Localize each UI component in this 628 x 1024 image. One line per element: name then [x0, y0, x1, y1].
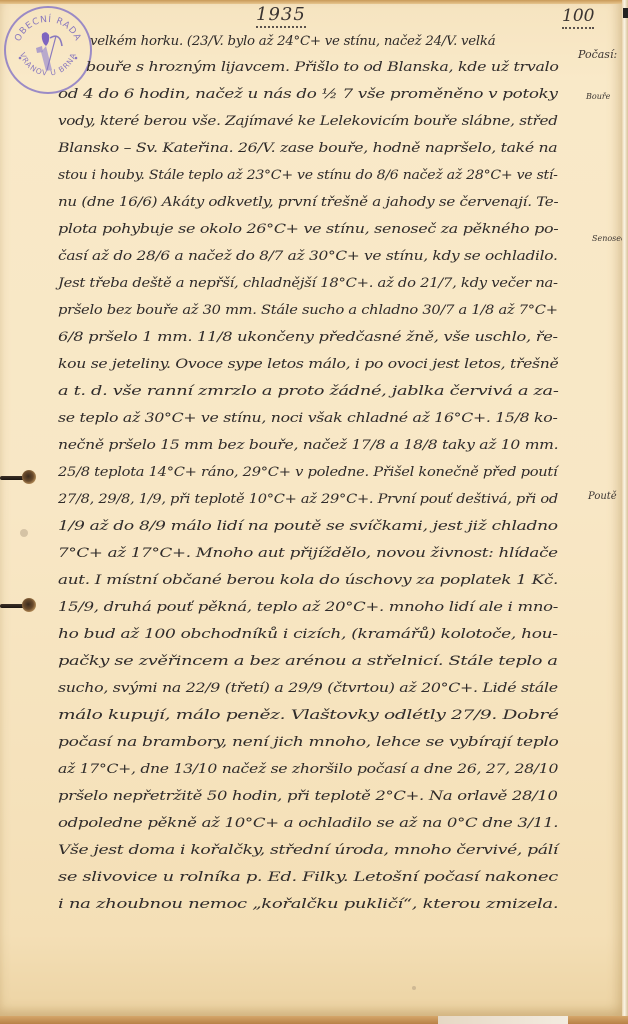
- page-top-edge: [0, 0, 628, 4]
- text-line: velkém horku. (23/V. bylo až 24°C+ ve st…: [90, 34, 558, 49]
- reaper-emblem-icon: [36, 32, 62, 71]
- punch-hole-icon: [22, 470, 36, 484]
- text-line: nu (dne 16/6) Akáty odkvetly, první třeš…: [58, 195, 558, 210]
- text-line: pršelo nepřetržitě 50 hodin, při teplotě…: [58, 789, 558, 804]
- text-line: vody, které berou vše. Zajímavé ke Lelek…: [58, 114, 558, 129]
- text-line: ho bud až 100 obchodníků i cizích, (kram…: [58, 627, 558, 642]
- text-line: Blansko – Sv. Kateřina. 26/V. zase bouře…: [58, 141, 557, 156]
- paper-stain: [412, 986, 416, 990]
- page-number: 100: [562, 6, 594, 29]
- chronicle-year: 1935: [256, 4, 306, 28]
- text-line: stou i houby. Stále teplo až 23°C+ ve st…: [58, 168, 558, 183]
- text-line: časí až do 28/6 a načež do 8/7 až 30°C+ …: [58, 249, 558, 264]
- margin-note-storm: Bouře: [586, 92, 610, 101]
- binding-hole-lower: [0, 599, 38, 613]
- text-line: 1/9 až do 8/9 málo lidí na poutě se svíč…: [58, 519, 558, 534]
- text-line: se slivovice u rolníka p. Ed. Filky. Let…: [58, 870, 558, 885]
- binding-hole-upper: [0, 471, 38, 485]
- text-line: až 17°C+, dne 13/10 načež se zhoršilo po…: [58, 762, 558, 777]
- text-line: počasí na brambory, není jich mnoho, leh…: [58, 735, 558, 750]
- chronicle-page: OBECNÍ RADA VRANOV U BRNA 1935 100 velké…: [0, 0, 622, 1016]
- page-bottom-edge: [0, 1016, 628, 1024]
- text-line: 7°C+ až 17°C+. Mnoho aut přijíždělo, nov…: [58, 546, 558, 561]
- text-line: pačky se zvěřincem a bez arénou a střeln…: [58, 654, 558, 669]
- text-line: odpoledne pěkně až 10°C+ a ochladilo se …: [58, 816, 558, 831]
- text-line: aut. I místní občané berou kola do úscho…: [58, 573, 558, 588]
- text-line: Vše jest doma i kořalčky, střední úroda,…: [58, 843, 558, 858]
- text-line: kou se jeteliny. Ovoce sype letos málo, …: [58, 357, 558, 372]
- text-line: 25/8 teplota 14°C+ ráno, 29°C+ v poledne…: [58, 465, 557, 480]
- margin-note-weather: Počasí:: [578, 48, 617, 61]
- text-line: od 4 do 6 hodin, načež u nás do ½ 7 vše …: [58, 87, 558, 102]
- text-line: nečně pršelo 15 mm bez bouře, načež 17/8…: [58, 438, 558, 453]
- text-line: 27/8, 29/8, 1/9, při teplotě 10°C+ až 29…: [58, 492, 558, 507]
- text-line: i na zhoubnou nemoc „kořalčku pukličí“, …: [58, 897, 558, 912]
- text-line: se teplo až 30°C+ ve stínu, noci však ch…: [58, 411, 557, 426]
- text-line: bouře s hrozným lijavcem. Přišlo to od B…: [86, 60, 559, 75]
- paper-stain: [20, 529, 28, 537]
- municipal-council-stamp: OBECNÍ RADA VRANOV U BRNA: [4, 6, 92, 94]
- margin-note-haymaking: Senoseč: [592, 234, 626, 243]
- page-right-edge: [622, 0, 628, 1024]
- punch-hole-icon: [22, 598, 36, 612]
- text-line: 15/9, druhá pouť pěkná, teplo až 20°C+. …: [58, 600, 558, 615]
- text-line: pršelo bez bouře až 30 mm. Stále sucho a…: [58, 303, 558, 318]
- stamp-ring-icon: OBECNÍ RADA VRANOV U BRNA: [6, 8, 90, 92]
- text-line: sucho, svými na 22/9 (třetí) a 29/9 (čtv…: [58, 681, 558, 696]
- margin-note-pilgrimages: Poutě: [588, 491, 617, 502]
- text-line: a t. d. vše ranní zmrzlo a proto žádné, …: [58, 384, 558, 399]
- text-line: málo kupují, málo peněz. Vlaštovky odlét…: [58, 708, 559, 723]
- text-line: Jest třeba deště a nepřší, chladnější 18…: [58, 276, 558, 291]
- text-line: 6/8 pršelo 1 mm. 11/8 ukončeny předčasné…: [58, 330, 558, 345]
- text-line: plota pohybuje se okolo 26°C+ ve stínu, …: [58, 222, 558, 237]
